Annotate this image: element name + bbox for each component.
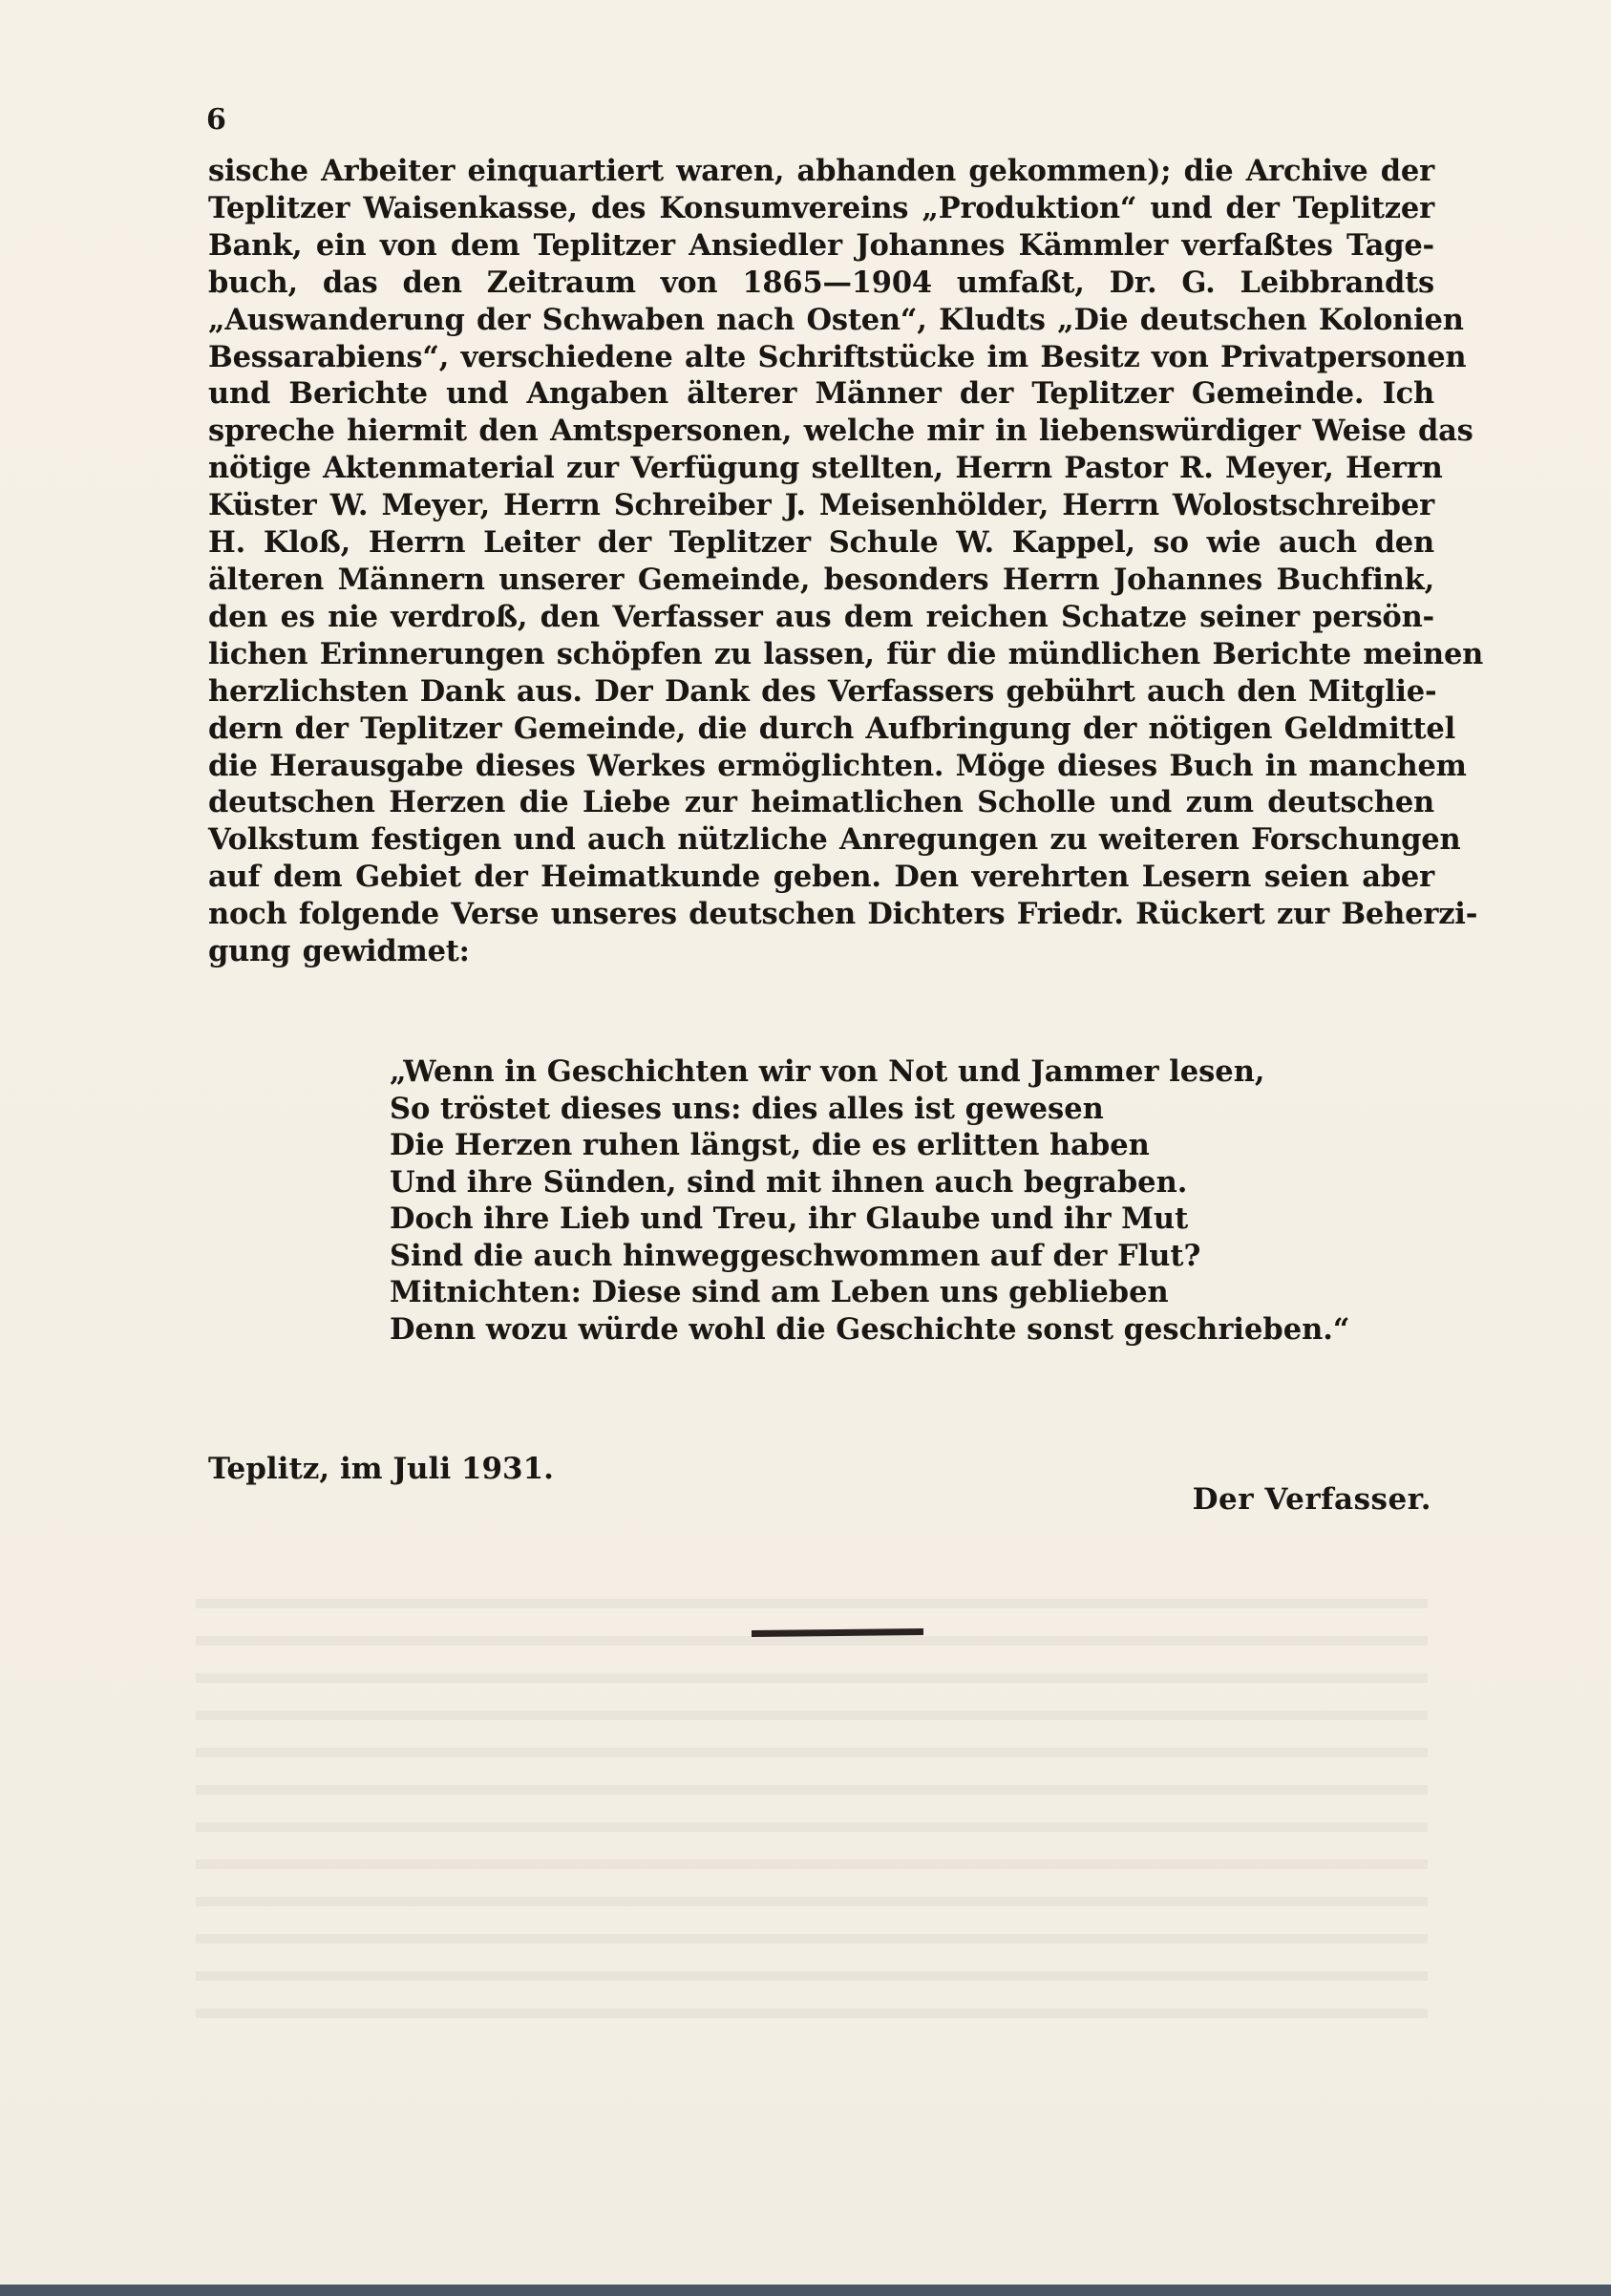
paragraph-line: noch folgende Verse unseres deutschen Di… — [208, 896, 1434, 933]
paragraph-line: nötige Aktenmaterial zur Verfügung stell… — [208, 450, 1434, 487]
paragraph-line: H. Kloß, Herrn Leiter der Teplitzer Schu… — [208, 524, 1434, 562]
paragraph-line: die Herausgabe dieses Werkes ermöglichte… — [208, 748, 1434, 785]
paragraph-line: auf dem Gebiet der Heimatkunde geben. De… — [208, 859, 1434, 896]
paragraph-line: „Auswanderung der Schwaben nach Osten“, … — [208, 302, 1434, 339]
paragraph-line: Bank, ein von dem Teplitzer Ansiedler Jo… — [208, 227, 1434, 265]
paragraph-line: Bessarabiens“, verschiedene alte Schrift… — [208, 339, 1434, 376]
paragraph-line: älteren Männern unserer Gemeinde, besond… — [208, 562, 1434, 599]
verse-line: So tröstet dieses uns: dies alles ist ge… — [390, 1091, 1402, 1128]
acknowledgement-paragraph: sische Arbeiter einquartiert waren, abha… — [208, 153, 1434, 970]
paragraph-line: den es nie verdroß, den Verfasser aus de… — [208, 599, 1434, 636]
verse-line: Die Herzen ruhen längst, die es erlitten… — [390, 1127, 1402, 1164]
verse-line: Und ihre Sünden, sind mit ihnen auch beg… — [390, 1164, 1402, 1201]
paragraph-line: Volkstum festigen und auch nützliche Anr… — [208, 821, 1434, 859]
paragraph-line: dern der Teplitzer Gemeinde, die durch A… — [208, 711, 1434, 748]
place-and-date: Teplitz, im Juli 1931. — [208, 1452, 554, 1486]
paragraph-line: gung gewidmet: — [208, 933, 1434, 970]
paragraph-line: und Berichte und Angaben älterer Männer … — [208, 375, 1434, 413]
paragraph-line: buch, das den Zeitraum von 1865—1904 umf… — [208, 265, 1434, 302]
page-number: 6 — [206, 103, 226, 137]
document-page: 6 sische Arbeiter einquartiert waren, ab… — [0, 0, 1611, 2296]
scanner-edge — [0, 2285, 1611, 2296]
author-signature: Der Verfasser. — [1193, 1482, 1431, 1517]
verse-line: Mitnichten: Diese sind am Leben uns gebl… — [390, 1274, 1402, 1311]
paragraph-line: lichen Erinnerungen schöpfen zu lassen, … — [208, 636, 1434, 673]
closing-rule-divider — [752, 1628, 923, 1637]
paragraph-line: sische Arbeiter einquartiert waren, abha… — [208, 153, 1434, 190]
verse-line: Denn wozu würde wohl die Geschichte sons… — [390, 1311, 1402, 1349]
rueckert-verse-quote: „Wenn in Geschichten wir von Not und Jam… — [390, 1053, 1402, 1348]
paragraph-line: Küster W. Meyer, Herrn Schreiber J. Meis… — [208, 487, 1434, 524]
paragraph-line: deutschen Herzen die Liebe zur heimatlic… — [208, 784, 1434, 821]
verse-line: „Wenn in Geschichten wir von Not und Jam… — [390, 1053, 1402, 1091]
reverse-side-bleed-through — [196, 1576, 1428, 2034]
verse-line: Sind die auch hinweggeschwommen auf der … — [390, 1238, 1402, 1275]
paragraph-line: spreche hiermit den Amtspersonen, welche… — [208, 413, 1434, 450]
paragraph-line: Teplitzer Waisenkasse, des Konsumvereins… — [208, 190, 1434, 227]
paragraph-line: herzlichsten Dank aus. Der Dank des Verf… — [208, 673, 1434, 711]
verse-line: Doch ihre Lieb und Treu, ihr Glaube und … — [390, 1201, 1402, 1238]
